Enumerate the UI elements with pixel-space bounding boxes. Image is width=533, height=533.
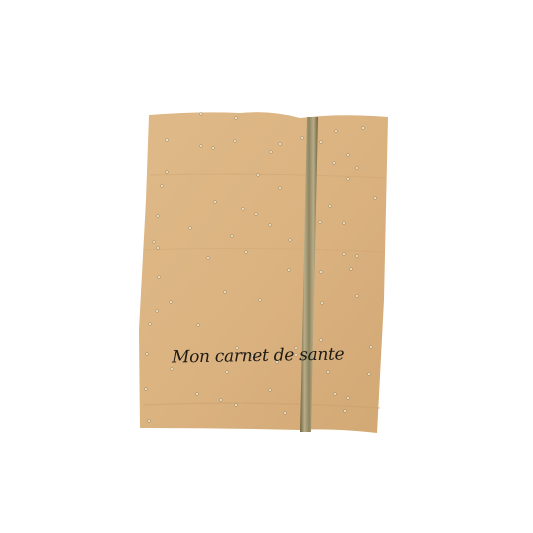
embroidered-caption: Mon carnet de sante bbox=[172, 344, 345, 367]
product-photo: Mon carnet de sante bbox=[0, 0, 533, 533]
fabric-cover bbox=[139, 112, 388, 433]
book-cover-image bbox=[0, 0, 533, 533]
